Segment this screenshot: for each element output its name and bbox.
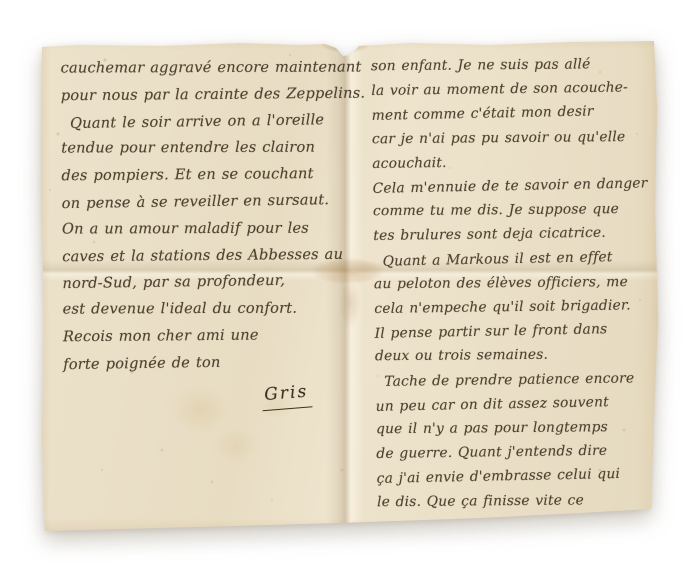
- signature-row: Gris: [63, 379, 353, 410]
- handwriting-line: son enfant. Je ne suis pas allé: [371, 52, 657, 79]
- handwriting-line: forte poignée de ton: [63, 348, 353, 379]
- left-page: cauchemar aggravé encore maintenant pour…: [60, 54, 353, 411]
- handwriting-line: caves et la stations des Abbesses au: [62, 241, 352, 270]
- handwriting-line: cauchemar aggravé encore maintenant: [61, 55, 351, 83]
- handwriting-line: Quant le soir arrive on a l'oreille: [61, 106, 351, 137]
- letter-sheet: cauchemar aggravé encore maintenant pour…: [40, 38, 662, 532]
- handwriting-line: on pense à se reveiller en sursaut.: [62, 187, 352, 218]
- handwriting-line: des pompiers. Et en se couchant: [61, 161, 351, 190]
- handwriting-line: deux ou trois semaines.: [375, 342, 661, 369]
- handwriting-line: le dis. Que ça finisse vite ce: [377, 487, 663, 514]
- handwriting-line: pour nous par la crainte des Zeppelins.: [61, 81, 351, 110]
- handwriting-line: Recois mon cher ami une: [63, 322, 353, 351]
- handwriting-line: nord-Sud, par sa profondeur,: [62, 267, 352, 298]
- handwriting-line: comme tu me dis. Je suppose que: [373, 197, 659, 224]
- handwriting-line: ment comme c'était mon desir: [371, 99, 657, 129]
- signature: Gris: [260, 378, 312, 411]
- handwriting-line: est devenue l'ideal du confort.: [63, 296, 353, 324]
- handwriting-line: ça j'ai envie d'embrasse celui qui: [376, 462, 662, 492]
- right-page: son enfant. Je ne suis pas allé la voir …: [371, 51, 663, 515]
- handwriting-line: au peloton des élèves officiers, me: [374, 270, 660, 297]
- letter-photograph: cauchemar aggravé encore maintenant pour…: [0, 0, 700, 563]
- handwriting-line: tendue pour entendre les clairon: [61, 135, 351, 163]
- handwriting-line: car je n'ai pas pu savoir ou qu'elle: [372, 124, 658, 151]
- handwriting-line: On a un amour maladif pour les: [62, 215, 352, 243]
- handwriting-line: que il n'y a pas pour longtemps: [376, 415, 662, 442]
- letter-sheet-shadow: cauchemar aggravé encore maintenant pour…: [40, 38, 662, 532]
